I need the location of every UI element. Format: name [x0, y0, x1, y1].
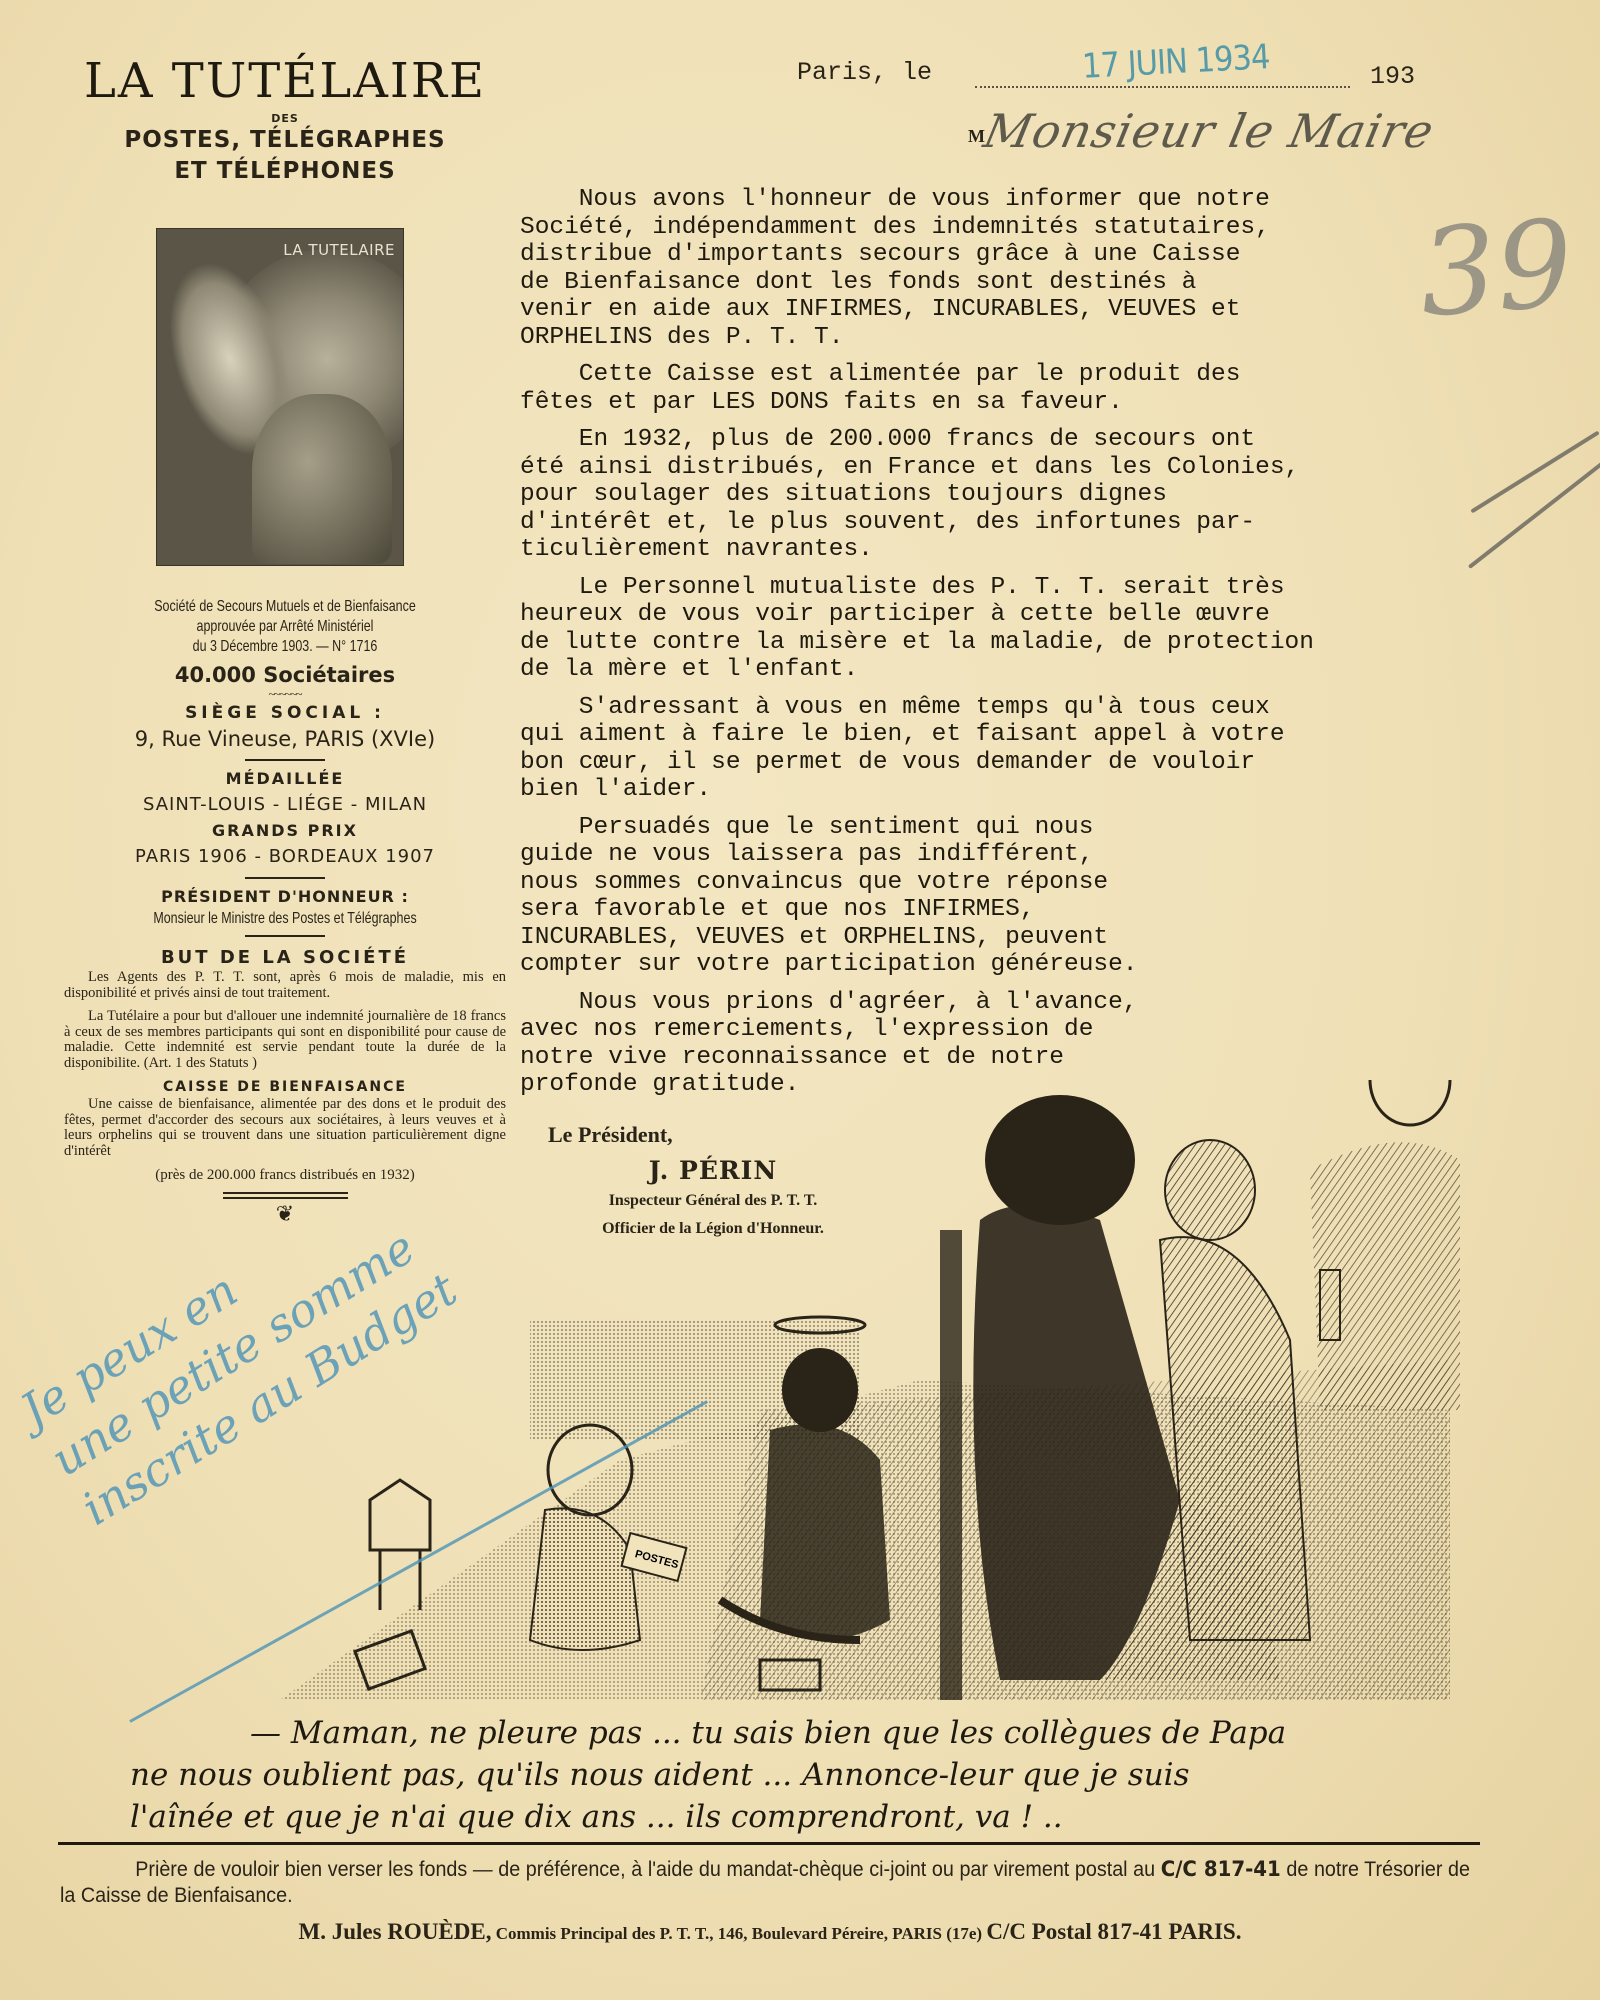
letter-paragraph-4: Le Personnel mutualiste des P. T. T. ser…	[520, 574, 1510, 684]
info-line-3: du 3 Décembre 1903. — N° 1716	[110, 637, 461, 657]
seat-label: SIÈGE SOCIAL :	[60, 701, 510, 725]
grand-prix-label: GRANDS PRIX	[60, 819, 510, 843]
seat-address: 9, Rue Vineuse, PARIS (XVIe)	[60, 725, 510, 753]
honor-president: Monsieur le Ministre des Postes et Télég…	[110, 909, 461, 929]
seated-man-figure	[252, 394, 392, 564]
medal-cities: SAINT-LOUIS - LIÉGE - MILAN	[60, 791, 510, 819]
divider	[245, 877, 325, 879]
letter-paragraph-5: S'adressant à vous en même temps qu'à to…	[520, 694, 1510, 804]
info-line-2: approuvée par Arrêté Ministériel	[110, 617, 461, 637]
medal-label: MÉDAILLÉE	[60, 767, 510, 791]
divider	[245, 935, 325, 937]
society-subtitle-line2: ET TÉLÉPHONES	[60, 156, 510, 187]
society-title-des: DES	[60, 112, 510, 125]
divider	[245, 759, 325, 761]
caption-line-1: — Maman, ne pleure pas ... tu sais bien …	[130, 1712, 1480, 1754]
grand-prix-cities: PARIS 1906 - BORDEAUX 1907	[60, 843, 510, 871]
goal-paragraph-2: La Tutélaire a pour but d'allouer une in…	[60, 1009, 510, 1071]
family-illustration: POSTES	[200, 1080, 1470, 1720]
payment-instructions: Prière de vouloir bien verser les fonds …	[60, 1856, 1470, 1909]
honor-president-label: PRÉSIDENT D'HONNEUR :	[60, 885, 510, 909]
treasurer-line: M. Jules ROUÈDE, Commis Principal des P.…	[60, 1919, 1480, 1945]
account-number: C/C 817-41	[1161, 1857, 1281, 1881]
footer: Prière de vouloir bien verser les fonds …	[60, 1856, 1480, 1945]
letter-paragraph-3: En 1932, plus de 200.000 francs de secou…	[520, 426, 1510, 564]
letter-paragraph-6: Persuadés que le sentiment qui nous guid…	[520, 814, 1510, 979]
treasurer-details: Commis Principal des P. T. T., 146, Boul…	[491, 1924, 986, 1943]
squiggle-divider: ~~~~~~	[60, 687, 510, 701]
year-prefix: 193	[1370, 62, 1415, 91]
caption-line-3: l'aînée et que je n'ai que dix ans ... i…	[130, 1796, 1480, 1838]
treasurer-account: C/C Postal 817-41 PARIS.	[986, 1919, 1241, 1944]
date-stamp: 17 JUIN 1934	[1081, 37, 1270, 87]
society-title: LA TUTÉLAIRE	[60, 50, 510, 112]
society-subtitle-line1: POSTES, TÉLÉGRAPHES	[60, 125, 510, 156]
goal-paragraph-1: Les Agents des P. T. T. sont, après 6 mo…	[60, 970, 510, 1001]
info-line-1: Société de Secours Mutuels et de Bienfai…	[110, 597, 461, 617]
letterhead: LA TUTÉLAIRE DES POSTES, TÉLÉGRAPHES ET …	[60, 50, 510, 187]
goal-title: BUT DE LA SOCIÉTÉ	[60, 947, 510, 968]
letter-paragraph-2: Cette Caisse est alimentée par le produi…	[520, 361, 1510, 416]
treasurer-name: M. Jules ROUÈDE,	[299, 1919, 492, 1944]
date-dotted-line	[975, 86, 1350, 88]
pencil-number-annotation: 39	[1415, 195, 1577, 344]
letter-body: Nous avons l'honneur de vous informer qu…	[520, 186, 1510, 1109]
addressee-handwritten: Monsieur le Maire	[979, 104, 1439, 158]
members-count: 40.000 Sociétaires	[60, 663, 510, 687]
letter-paragraph-1: Nous avons l'honneur de vous informer qu…	[520, 186, 1510, 351]
footer-rule	[58, 1842, 1480, 1845]
vignette-engraving: LA TUTELAIRE	[156, 228, 404, 566]
illustration-caption: — Maman, ne pleure pas ... tu sais bien …	[130, 1712, 1480, 1838]
place-date-prefix: Paris, le	[797, 58, 932, 87]
vignette-caption: LA TUTELAIRE	[283, 241, 395, 259]
caption-line-2: ne nous oublient pas, qu'ils nous aident…	[130, 1754, 1480, 1796]
